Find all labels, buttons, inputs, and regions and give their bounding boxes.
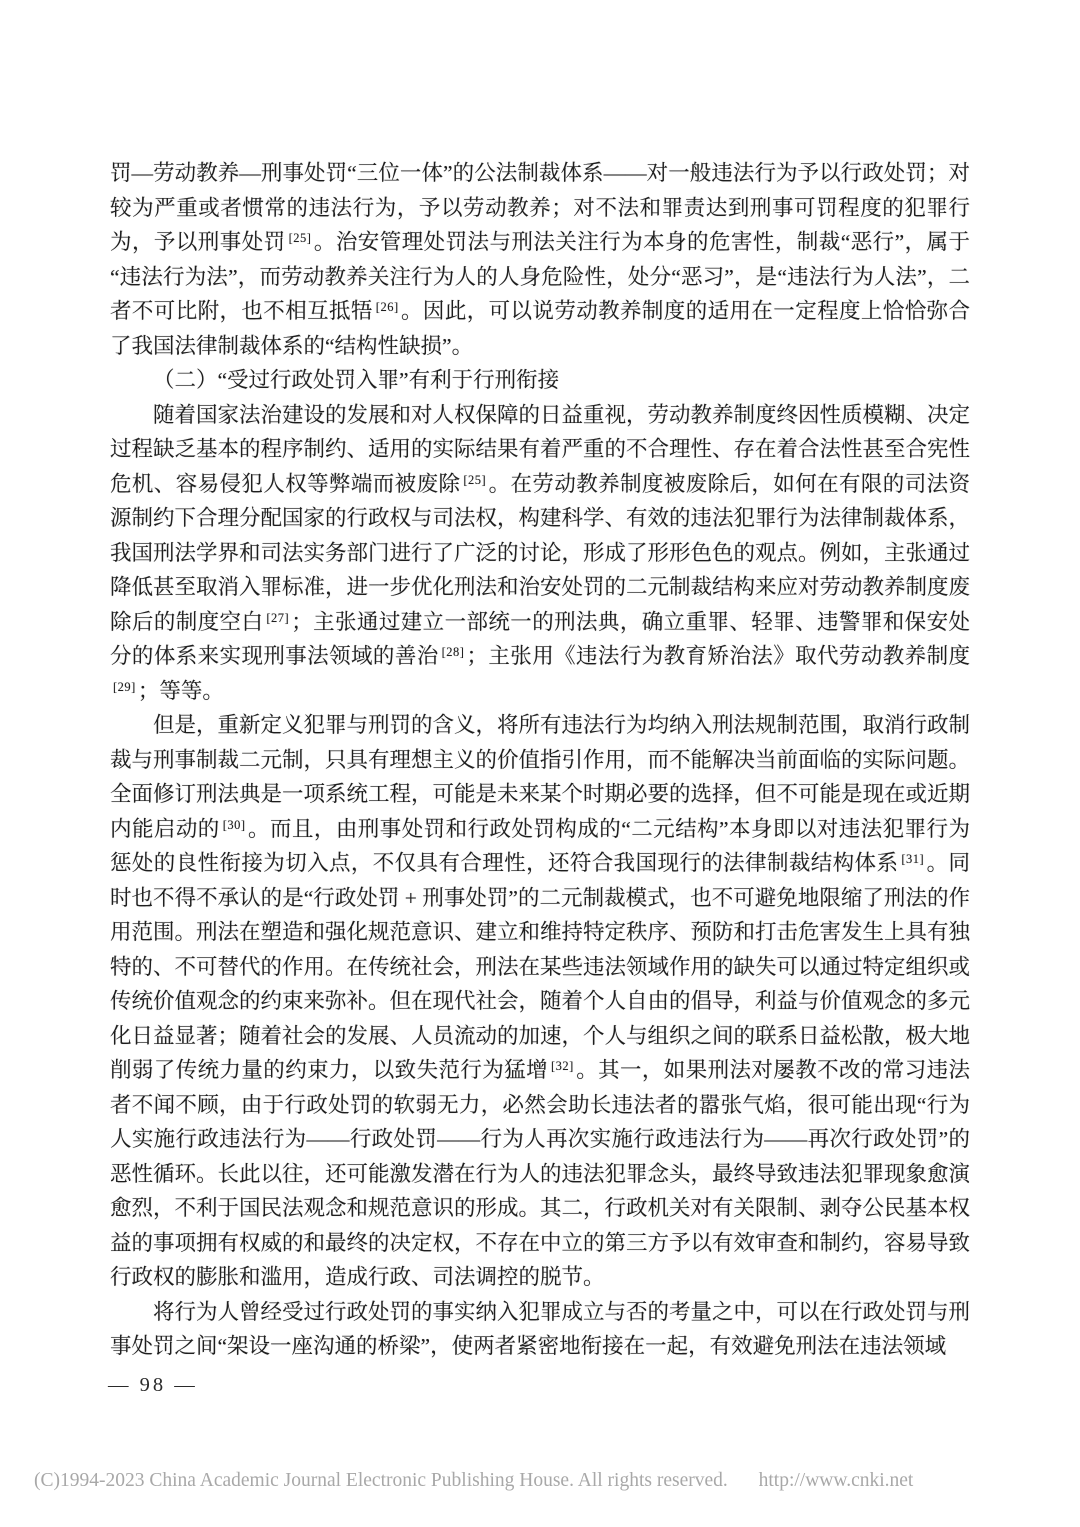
footer: (C)1994-2023 China Academic Journal Elec…: [34, 1470, 1044, 1492]
body-paragraph-continued: 罚—劳动教养—刑事处罚“三位一体”的公法制裁体系——对一般违法行为予以行政处罚；…: [110, 156, 970, 363]
footer-url: http://www.cnki.net: [759, 1470, 914, 1491]
section-heading: （二）“受过行政处罚入罪”有利于行刑衔接: [110, 363, 970, 398]
citation-ref: [28]: [439, 645, 467, 659]
citation-ref: [26]: [373, 300, 401, 314]
scanned-paper-page: 罚—劳动教养—刑事处罚“三位一体”的公法制裁体系——对一般违法行为予以行政处罚；…: [0, 0, 1080, 1527]
citation-ref: [32]: [548, 1059, 576, 1073]
page-number: — 98 —: [108, 1374, 198, 1397]
body-paragraph: 但是，重新定义犯罪与刑罚的含义，将所有违法行为均纳入刑法规制范围，取消行政制裁与…: [110, 708, 970, 1295]
body-paragraph: 将行为人曾经受过行政处罚的事实纳入犯罪成立与否的考量之中，可以在行政处罚与刑事处…: [110, 1295, 970, 1364]
body-paragraph: 随着国家法治建设的发展和对人权保障的日益重视，劳动教养制度终因性质模糊、决定过程…: [110, 398, 970, 709]
citation-ref: [30]: [220, 818, 248, 832]
copyright-text: (C)1994-2023 China Academic Journal Elec…: [34, 1470, 728, 1491]
citation-ref: [25]: [460, 473, 488, 487]
citation-ref: [29]: [110, 680, 138, 694]
citation-ref: [27]: [263, 611, 291, 625]
article-body: 罚—劳动教养—刑事处罚“三位一体”的公法制裁体系——对一般违法行为予以行政处罚；…: [110, 156, 970, 1364]
citation-ref: [31]: [898, 852, 926, 866]
citation-ref: [25]: [286, 231, 314, 245]
